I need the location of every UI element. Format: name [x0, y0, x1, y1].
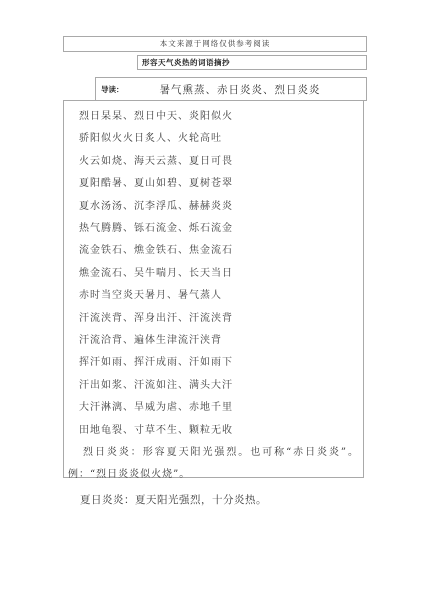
- word-list-item: 赤时当空炎天暑月、暑气蒸人: [68, 285, 359, 307]
- lead-content: 暑气熏蒸、赤日炎炎、烈日炎炎: [160, 82, 321, 97]
- word-list-box: 烈日杲杲、烈日中天、炎阳似火 骄阳似火火日炙人、火轮高吐 火云如烧、海天云蒸、夏…: [63, 100, 364, 478]
- word-list-item: 大汗淋漓、旱威为虐、赤地千里: [68, 397, 359, 419]
- word-list-item: 夏水汤汤、沉李浮瓜、赫赫炎炎: [68, 196, 359, 218]
- word-list-item: 热气腾腾、铄石流金、烁石流金: [68, 218, 359, 240]
- word-list-item: 流金铁石、燋金铁石、焦金流石: [68, 240, 359, 262]
- lead-box: 导读： 暑气熏蒸、赤日炎炎、烈日炎炎: [95, 77, 367, 101]
- word-list-item: 汗出如浆、汗流如注、满头大汗: [68, 375, 359, 397]
- word-list-item: 燋金流石、吴牛喘月、长天当日: [68, 263, 359, 285]
- word-list-item: 田地龟裂、寸草不生、颗粒无收: [68, 420, 359, 442]
- word-list-item: 烈日杲杲、烈日中天、炎阳似火: [68, 106, 359, 128]
- word-list-item: 汗流洽背、遍体生津流汗浃背: [68, 330, 359, 352]
- word-list-item: 挥汗如雨、挥汗成雨、汗如雨下: [68, 352, 359, 374]
- word-list-item: 骄阳似火火日炙人、火轮高吐: [68, 128, 359, 150]
- word-list-item: 夏阳酷暑、夏山如碧、夏树苍翠: [68, 173, 359, 195]
- source-note-box: 本文来源于网络仅供参考阅读: [63, 36, 367, 52]
- document-title-box: 形容天气炎热的词语摘抄: [137, 55, 367, 70]
- summer-definition: 夏日炎炎：夏天阳光强烈，十分炎热。: [66, 492, 366, 508]
- word-list-item: 汗流浃背、浑身出汗、汗流浃背: [68, 308, 359, 330]
- word-list-item: 火云如烧、海天云蒸、夏日可畏: [68, 151, 359, 173]
- lead-label: 导读：: [101, 84, 124, 95]
- source-note-text: 本文来源于网络仅供参考阅读: [160, 39, 271, 48]
- document-title: 形容天气炎热的词语摘抄: [142, 58, 230, 67]
- document-page: 本文来源于网络仅供参考阅读 形容天气炎热的词语摘抄 导读： 暑气熏蒸、赤日炎炎、…: [0, 0, 424, 600]
- hot-sun-definition: 烈日炎炎：形容夏天阳光强烈。也可称“赤日炎炎”。例：“烈日炎炎似火烧”。: [68, 442, 359, 486]
